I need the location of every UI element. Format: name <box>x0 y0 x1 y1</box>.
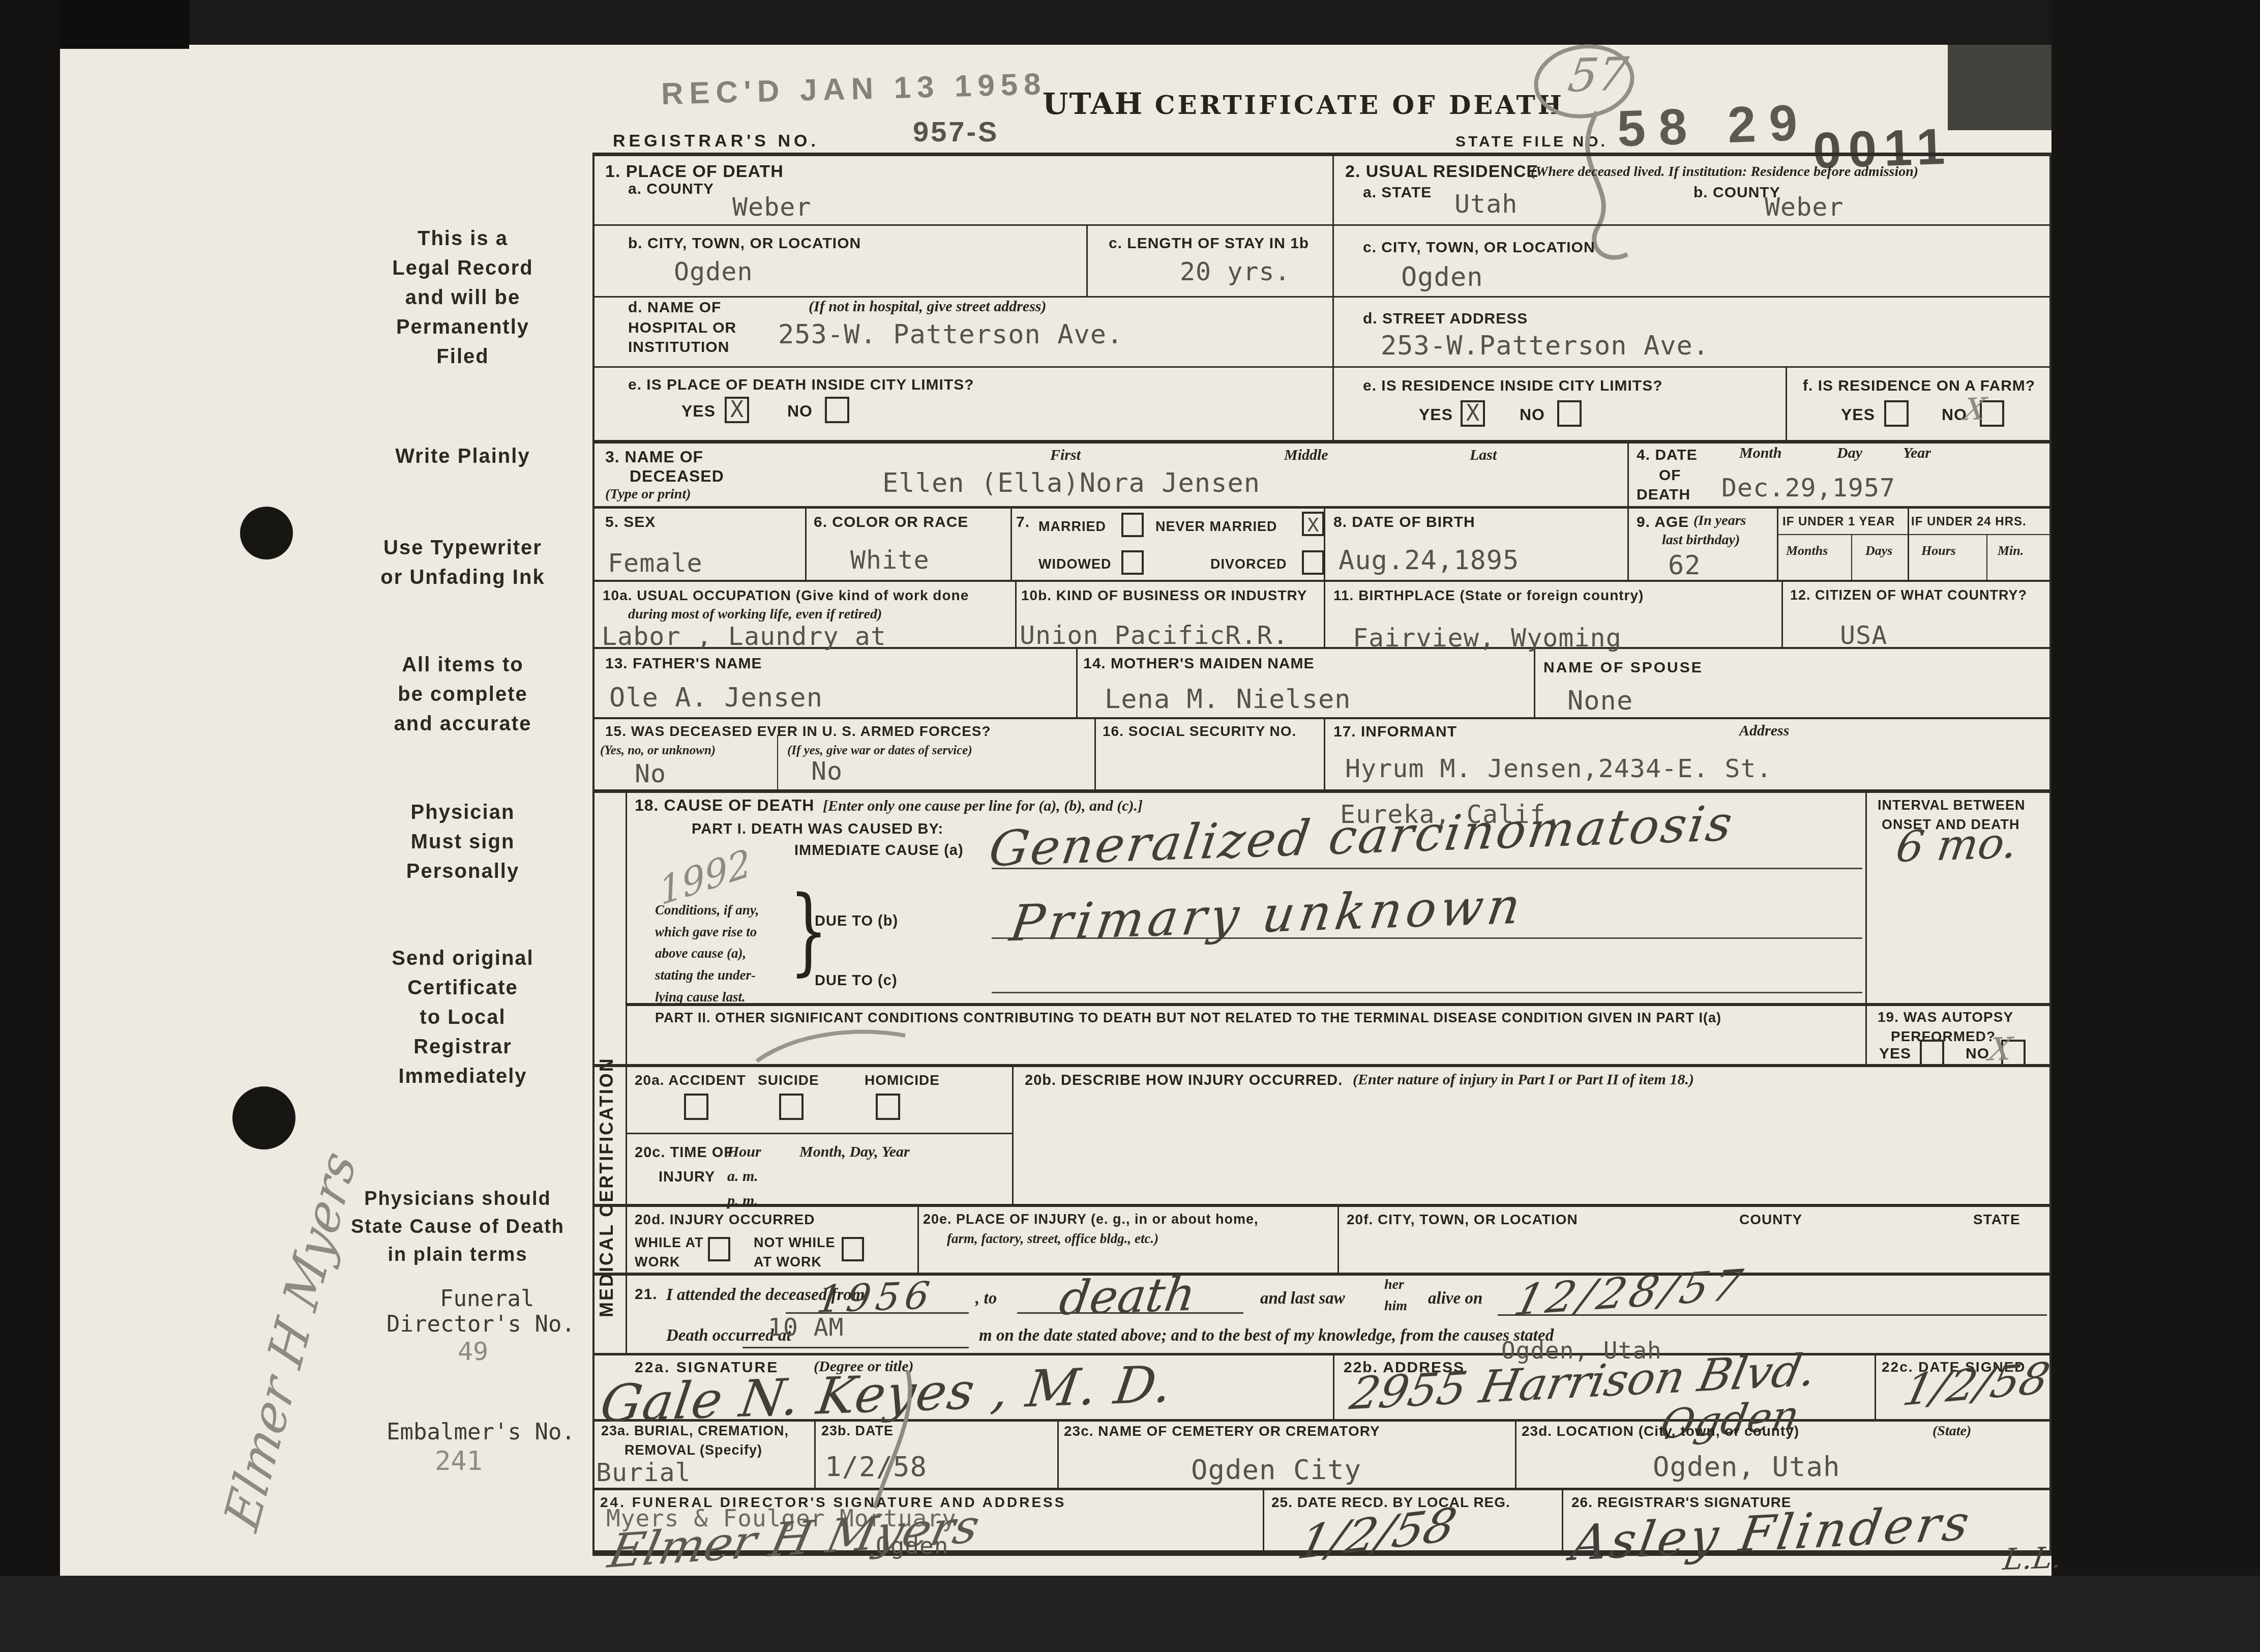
field-9-under24-label: IF UNDER 24 HRS. <box>1911 515 2027 529</box>
field-2e-yes-checkbox: X <box>1461 400 1485 427</box>
field-7-divorced-label: DIVORCED <box>1210 556 1287 572</box>
field-16-label: 16. SOCIAL SECURITY NO. <box>1103 723 1296 740</box>
film-edge-top <box>0 0 2260 45</box>
field-7-divorced-checkbox <box>1302 550 1324 575</box>
field-20f-county-label: COUNTY <box>1739 1212 1802 1228</box>
field-spouse-value: None <box>1567 686 1633 716</box>
field-1d-label2: HOSPITAL OR <box>628 319 736 337</box>
field-20f-state-label: STATE <box>1973 1212 2020 1228</box>
field-20a-accident-label: 20a. ACCIDENT <box>635 1072 746 1088</box>
field-1d-note: (If not in hospital, give street address… <box>809 298 1047 315</box>
field-1d-value: 253-W. Patterson Ave. <box>778 319 1123 350</box>
field-9-min-label: Min. <box>1998 543 2024 558</box>
field-1e-no-label: NO <box>787 402 813 421</box>
field-3-title2: DECEASED <box>630 467 724 486</box>
pencil-squiggle <box>753 1021 915 1067</box>
funeral-director-no-label: Funeral <box>440 1286 534 1312</box>
field-23d-state-label: (State) <box>1932 1423 1971 1439</box>
field-20a-suicide-checkbox <box>779 1094 804 1120</box>
field-4-year-label: Year <box>1903 445 1931 462</box>
field-20c-pm-label: p. m. <box>727 1192 758 1209</box>
margin-note-send-original: Send originalCertificateto Local Registr… <box>331 943 595 1091</box>
field-9-under1-label: IF UNDER 1 YEAR <box>1782 515 1895 529</box>
field-4-label2: OF <box>1659 467 1681 484</box>
field-2e-yes-label: YES <box>1419 405 1453 424</box>
field-2a-value: Utah <box>1454 189 1518 219</box>
field-21-time-value: 10 AM <box>768 1313 844 1342</box>
page-title: UTAH CERTIFICATE OF DEATH <box>1043 86 1564 121</box>
field-4-label3: DEATH <box>1637 486 1690 504</box>
field-23a-label2: REMOVAL (Specify) <box>625 1442 762 1458</box>
corner-shadow <box>1948 45 2051 130</box>
field-10a-label2: during most of working life, even if ret… <box>628 606 882 623</box>
field-18-conditions-note: Conditions, if any,which gave rise toabo… <box>655 899 759 1008</box>
field-7-married-checkbox <box>1121 513 1144 537</box>
field-9-label: 9. AGE <box>1637 514 1689 531</box>
field-9-value: 62 <box>1668 550 1701 581</box>
field-23a-label1: 23a. BURIAL, CREMATION, <box>601 1423 789 1439</box>
field-12-label: 12. CITIZEN OF WHAT COUNTRY? <box>1790 587 2027 603</box>
field-10b-value: Union PacificR.R. <box>1020 621 1289 650</box>
field-2e-no-label: NO <box>1520 405 1545 424</box>
field-18-note: [Enter only one cause per line for (a), … <box>823 798 1143 815</box>
field-6-label: 6. COLOR OR RACE <box>814 514 968 531</box>
field-20d-n1: NOT WHILE <box>754 1235 835 1251</box>
field-20a-homicide-checkbox <box>876 1094 900 1120</box>
field-20a-accident-checkbox <box>684 1094 708 1120</box>
field-19-label1: 19. WAS AUTOPSY <box>1878 1009 2013 1025</box>
field-21-num: 21. <box>635 1286 658 1303</box>
field-20b-note: (Enter nature of injury in Part I or Par… <box>1353 1071 1694 1088</box>
registrar-number-label: REGISTRAR'S NO. <box>613 131 819 151</box>
field-20c-label2: INJURY <box>659 1169 715 1186</box>
field-17-address-label: Address <box>1739 722 1789 740</box>
field-5-label: 5. SEX <box>605 514 656 531</box>
field-7-never-married-checkbox: X <box>1302 512 1324 536</box>
field-14-value: Lena M. Nielsen <box>1105 684 1351 715</box>
state-file-stamp-a: 58 29 <box>1616 93 1811 158</box>
field-15-note2: (If yes, give war or dates of service) <box>787 744 972 758</box>
field-9-note1: (In years <box>1693 513 1746 529</box>
margin-note-physician-sign: PhysicianMust signPersonally <box>331 798 595 886</box>
pencil-stroke-23b <box>859 1368 931 1516</box>
field-2f-label: f. IS RESIDENCE ON A FARM? <box>1803 377 2035 395</box>
field-1e-yes-checkbox: X <box>725 397 749 423</box>
field-18-interval-value: 6 mo. <box>1893 818 2020 872</box>
field-15-value2: No <box>811 756 843 786</box>
field-19-yes-label: YES <box>1879 1045 1911 1063</box>
field-1d-label1: d. NAME OF <box>628 299 721 316</box>
embalmer-no-value: 241 <box>435 1446 483 1477</box>
funeral-director-no-value: 49 <box>458 1337 488 1366</box>
registrar-number-value: 957-S <box>913 115 999 148</box>
field-1e-no-checkbox <box>825 397 849 423</box>
field-11-label: 11. BIRTHPLACE (State or foreign country… <box>1333 587 1644 604</box>
film-edge-bottom <box>0 1576 2260 1652</box>
field-1d-label3: INSTITUTION <box>628 339 729 356</box>
field-20a-homicide-label: HOMICIDE <box>865 1072 940 1088</box>
field-4-day-label: Day <box>1837 445 1862 462</box>
field-8-value: Aug.24,1895 <box>1339 545 1519 576</box>
field-2e-label: e. IS RESIDENCE INSIDE CITY LIMITS? <box>1363 377 1663 395</box>
field-21-to-value: death <box>1056 1266 1199 1325</box>
field-15-note1: (Yes, no, or unknown) <box>600 744 716 758</box>
field-15-label: 15. WAS DECEASED EVER IN U. S. ARMED FOR… <box>605 723 991 740</box>
field-2-note: (Where deceased lived. If institution: R… <box>1531 164 1918 180</box>
medical-certification-vertical-label: MEDICAL CERTIFICATION <box>596 1057 617 1317</box>
margin-note-legal-record: This is aLegal Record and will bePermane… <box>331 224 595 371</box>
field-20d-notatwork-checkbox <box>842 1237 864 1261</box>
field-1a-label: a. COUNTY <box>628 181 714 198</box>
field-20d-w1: WHILE AT <box>635 1235 703 1251</box>
field-2c-value: Ogden <box>1401 262 1483 292</box>
field-17-label: 17. INFORMANT <box>1333 723 1457 741</box>
field-1-title: 1. PLACE OF DEATH <box>605 162 784 182</box>
field-spouse-label: NAME OF SPOUSE <box>1543 659 1703 676</box>
field-20d-atwork-checkbox <box>708 1237 730 1261</box>
field-1a-value: Weber <box>732 192 812 222</box>
field-1c-value: 20 yrs. <box>1180 257 1291 286</box>
field-21-him-label: him <box>1384 1298 1407 1314</box>
field-23c-label: 23c. NAME OF CEMETERY OR CREMATORY <box>1064 1423 1380 1439</box>
field-7-widowed-label: WIDOWED <box>1038 556 1111 572</box>
conditions-brace: } <box>789 877 828 986</box>
field-9-hours-label: Hours <box>1921 543 1956 558</box>
page-title-utah: UTAH <box>1043 86 1143 121</box>
field-11-value: Fairview, Wyoming <box>1353 623 1622 653</box>
field-2e-no-checkbox <box>1557 400 1582 427</box>
field-13-value: Ole A. Jensen <box>609 683 823 713</box>
embalmer-no-label: Embalmer's No. <box>386 1419 575 1445</box>
field-1e-label: e. IS PLACE OF DEATH INSIDE CITY LIMITS? <box>628 376 974 394</box>
field-20d-n2: AT WORK <box>754 1254 822 1270</box>
field-1b-value: Ogden <box>674 257 753 286</box>
field-2c-label: c. CITY, TOWN, OR LOCATION <box>1363 239 1595 256</box>
field-20c-label1: 20c. TIME OF <box>635 1144 733 1161</box>
scanned-death-certificate: REC'D JAN 13 1958 957-S REGISTRAR'S NO. … <box>0 0 2260 1652</box>
field-6-value: White <box>850 545 930 575</box>
field-17-value: Hyrum M. Jensen,2434-E. St. <box>1345 754 1772 783</box>
page-title-rest: CERTIFICATE OF DEATH <box>1155 90 1564 120</box>
field-2d-value: 253-W.Patterson Ave. <box>1381 331 1709 361</box>
field-18-due-b-label: DUE TO (b) <box>815 913 898 930</box>
field-20d-w2: WORK <box>635 1254 680 1270</box>
field-3-value: Ellen (Ella)Nora Jensen <box>882 468 1260 498</box>
field-18-part1-label: PART I. DEATH WAS CAUSED BY: <box>692 821 943 838</box>
field-9-months-label: Months <box>1786 543 1828 558</box>
field-10a-label1: 10a. USUAL OCCUPATION (Give kind of work… <box>603 587 969 604</box>
field-7-married-label: MARRIED <box>1038 519 1106 535</box>
field-2f-yes-label: YES <box>1841 405 1875 424</box>
field-1c-label: c. LENGTH OF STAY IN 1b <box>1109 235 1309 252</box>
field-2-title: 2. USUAL RESIDENCE <box>1345 162 1538 182</box>
punch-hole-top <box>240 507 293 559</box>
field-18-interval-label1: INTERVAL BETWEEN <box>1878 798 2026 813</box>
field-7-widowed-checkbox <box>1121 550 1144 575</box>
field-4-month-label: Month <box>1739 445 1781 462</box>
field-20b-label: 20b. DESCRIBE HOW INJURY OCCURRED. <box>1025 1072 1343 1089</box>
field-4-label1: 4. DATE <box>1637 447 1698 464</box>
field-2f-yes-checkbox <box>1884 400 1909 427</box>
field-13-label: 13. FATHER'S NAME <box>605 655 762 672</box>
field-8-label: 8. DATE OF BIRTH <box>1333 514 1475 531</box>
field-20a-suicide-label: SUICIDE <box>758 1072 819 1088</box>
field-20f-label: 20f. CITY, TOWN, OR LOCATION <box>1347 1212 1578 1228</box>
field-14-label: 14. MOTHER'S MAIDEN NAME <box>1083 655 1315 672</box>
field-1e-yes-label: YES <box>681 402 716 421</box>
film-edge-left <box>0 0 60 1652</box>
field-23c-value: Ogden City <box>1191 1454 1361 1486</box>
field-19-no-label: NO <box>1966 1045 1989 1063</box>
film-edge-right <box>2051 0 2260 1652</box>
field-18-due-c-label: DUE TO (c) <box>815 972 898 989</box>
field-24-city-value: Ogden <box>876 1532 948 1559</box>
field-3-middle-label: Middle <box>1284 447 1328 464</box>
field-9-days-label: Days <box>1865 543 1892 558</box>
field-20e-label2: farm, factory, street, office bldg., etc… <box>947 1231 1158 1247</box>
field-26-signature-suffix: L.L. <box>2001 1540 2064 1577</box>
cause-c-rule <box>992 992 1862 993</box>
field-19-yes-checkbox <box>1920 1040 1944 1066</box>
field-18-title: 18. CAUSE OF DEATH <box>635 796 814 815</box>
field-1b-label: b. CITY, TOWN, OR LOCATION <box>628 235 861 252</box>
field-10a-value: Labor , Laundry at <box>602 622 886 651</box>
margin-note-typewriter: Use Typewriteror Unfading Ink <box>305 533 620 592</box>
field-21-text6: m on the date stated above; and to the b… <box>979 1326 1554 1345</box>
punch-hole-bottom <box>232 1086 295 1149</box>
field-20d-label: 20d. INJURY OCCURRED <box>635 1212 815 1228</box>
field-21-text3: and last saw <box>1260 1289 1345 1308</box>
field-21-text2: , to <box>975 1289 997 1308</box>
field-4-value: Dec.29,1957 <box>1721 473 1895 503</box>
field-20c-hour-label: Hour <box>727 1143 761 1161</box>
field-20c-am-label: a. m. <box>727 1168 758 1185</box>
field-9-note2: last birthday) <box>1662 532 1740 548</box>
field-3-last-label: Last <box>1470 447 1497 464</box>
field-21-text4: alive on <box>1428 1289 1482 1308</box>
field-10b-label: 10b. KIND OF BUSINESS OR INDUSTRY <box>1021 587 1307 604</box>
field-3-first-label: First <box>1050 447 1081 464</box>
field-3-note: (Type or print) <box>605 486 691 503</box>
field-15-value1: No <box>635 759 666 788</box>
field-3-title: 3. NAME OF <box>605 448 703 466</box>
field-21-her-label: her <box>1384 1277 1404 1293</box>
field-23d-label: 23d. LOCATION (City, town, or county) <box>1522 1423 1799 1439</box>
field-20e-label1: 20e. PLACE OF INJURY (e. g., in or about… <box>923 1212 1259 1227</box>
field-2d-label: d. STREET ADDRESS <box>1363 310 1528 328</box>
field-20c-mdy-label: Month, Day, Year <box>799 1143 910 1161</box>
field-12-value: USA <box>1840 621 1887 650</box>
field-5-value: Female <box>608 548 703 578</box>
margin-note-write-plainly: Write Plainly <box>331 441 595 471</box>
field-2b-value: Weber <box>1765 192 1844 222</box>
field-7-never-married-label: NEVER MARRIED <box>1155 519 1277 535</box>
funeral-director-no-label2: Director's No. <box>386 1311 575 1337</box>
field-23a-value: Burial <box>596 1458 691 1487</box>
field-7-num: 7. <box>1016 514 1030 531</box>
field-18-immediate-label: IMMEDIATE CAUSE (a) <box>794 842 964 859</box>
margin-note-complete: All items tobe completeand accurate <box>331 650 595 739</box>
field-23d-value: Ogden, Utah <box>1653 1451 1840 1483</box>
field-2a-label: a. STATE <box>1363 184 1432 201</box>
